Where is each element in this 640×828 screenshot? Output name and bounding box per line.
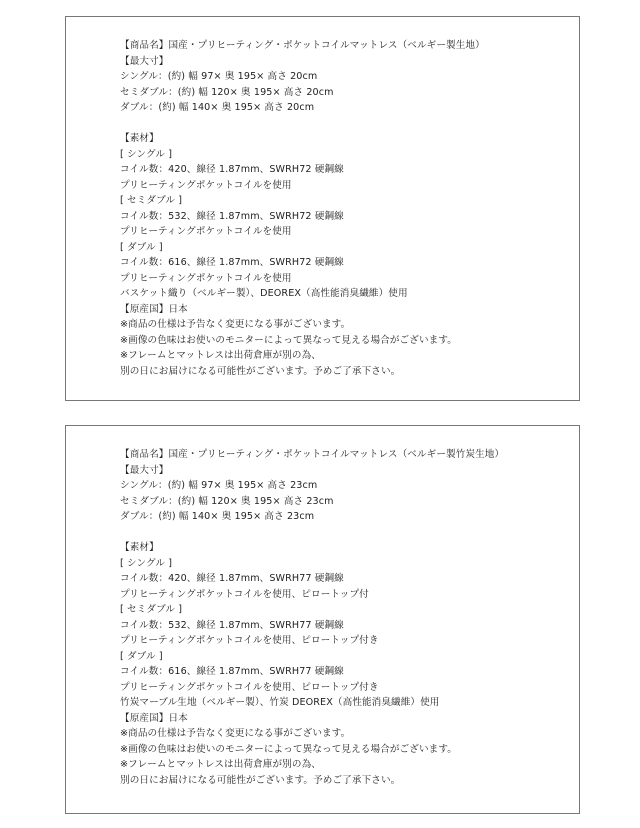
material-line: [ シングル ]: [120, 556, 504, 572]
note: ※画像の色味はお使いのモニターによって異なって見える場合がございます。: [120, 333, 485, 349]
material-line: 竹炭マーブル生地（ベルギー製）、竹炭 DEOREX（高性能消臭繊維）使用: [120, 695, 504, 711]
material-line: プリヒーティングポケットコイルを使用: [120, 178, 485, 194]
size-double: ダブル：(約) 幅 140× 奥 195× 高さ 20cm: [120, 100, 485, 116]
note: 別の日にお届けになる可能性がございます。予めご了承下さい。: [120, 364, 485, 380]
origin: 【原産国】日本: [120, 711, 504, 727]
material-line: [ ダブル ]: [120, 649, 504, 665]
material-line: プリヒーティングポケットコイルを使用: [120, 224, 485, 240]
spec-text: 【商品名】国産・プリヒーティング・ポケットコイルマットレス（ベルギー製生地） 【…: [120, 38, 485, 379]
material-line: [ シングル ]: [120, 147, 485, 163]
note: ※フレームとマットレスは出荷倉庫が別の為、: [120, 757, 504, 773]
size-semi-double: セミダブル：(約) 幅 120× 奥 195× 高さ 23cm: [120, 494, 504, 510]
material-line: コイル数：616、線径 1.87mm、SWRH72 硬鋼線: [120, 255, 485, 271]
material-line: コイル数：532、線径 1.87mm、SWRH77 硬鋼線: [120, 618, 504, 634]
material-heading: 【素材】: [120, 131, 485, 147]
material-line: コイル数：420、線径 1.87mm、SWRH77 硬鋼線: [120, 571, 504, 587]
size-double: ダブル：(約) 幅 140× 奥 195× 高さ 23cm: [120, 509, 504, 525]
origin: 【原産国】日本: [120, 302, 485, 318]
note: ※画像の色味はお使いのモニターによって異なって見える場合がございます。: [120, 742, 504, 758]
material-line: コイル数：420、線径 1.87mm、SWRH72 硬鋼線: [120, 162, 485, 178]
note: 別の日にお届けになる可能性がございます。予めご了承下さい。: [120, 773, 504, 789]
spec-box-bamboo-charcoal: 【商品名】国産・プリヒーティング・ポケットコイルマットレス（ベルギー製竹炭生地）…: [65, 425, 580, 814]
size-single: シングル：(約) 幅 97× 奥 195× 高さ 20cm: [120, 69, 485, 85]
size-semi-double: セミダブル：(約) 幅 120× 奥 195× 高さ 20cm: [120, 85, 485, 101]
spec-text: 【商品名】国産・プリヒーティング・ポケットコイルマットレス（ベルギー製竹炭生地）…: [120, 447, 504, 788]
spacer: [120, 116, 485, 132]
spec-box-standard: 【商品名】国産・プリヒーティング・ポケットコイルマットレス（ベルギー製生地） 【…: [65, 16, 580, 401]
spacer: [120, 525, 504, 541]
note: ※商品の仕様は予告なく変更になる事がございます。: [120, 726, 504, 742]
product-name: 【商品名】国産・プリヒーティング・ポケットコイルマットレス（ベルギー製生地）: [120, 38, 485, 54]
material-line: コイル数：532、線径 1.87mm、SWRH72 硬鋼線: [120, 209, 485, 225]
material-line: [ セミダブル ]: [120, 193, 485, 209]
size-heading: 【最大寸】: [120, 54, 485, 70]
size-single: シングル：(約) 幅 97× 奥 195× 高さ 23cm: [120, 478, 504, 494]
material-line: [ セミダブル ]: [120, 602, 504, 618]
material-line: プリヒーティングポケットコイルを使用: [120, 271, 485, 287]
note: ※商品の仕様は予告なく変更になる事がございます。: [120, 317, 485, 333]
product-name: 【商品名】国産・プリヒーティング・ポケットコイルマットレス（ベルギー製竹炭生地）: [120, 447, 504, 463]
material-line: [ ダブル ]: [120, 240, 485, 256]
material-heading: 【素材】: [120, 540, 504, 556]
note: ※フレームとマットレスは出荷倉庫が別の為、: [120, 348, 485, 364]
size-heading: 【最大寸】: [120, 463, 504, 479]
material-line: コイル数：616、線径 1.87mm、SWRH77 硬鋼線: [120, 664, 504, 680]
material-line: プリヒーティングポケットコイルを使用、ピロートップ付き: [120, 680, 504, 696]
material-line: プリヒーティングポケットコイルを使用、ピロートップ付き: [120, 633, 504, 649]
material-line: バスケット織り（ベルギー製）、DEOREX（高性能消臭繊維）使用: [120, 286, 485, 302]
material-line: プリヒーティングポケットコイルを使用、ピロートップ付: [120, 587, 504, 603]
